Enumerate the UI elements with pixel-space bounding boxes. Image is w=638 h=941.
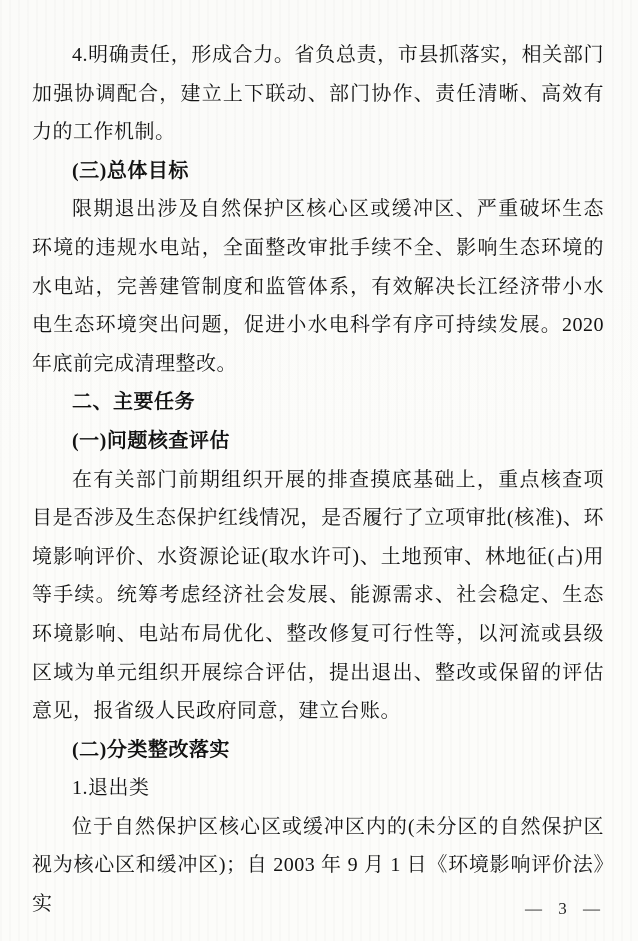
page-number: — 3 — (525, 899, 606, 919)
paragraph-main-heading: 二、主要任务 (32, 383, 604, 422)
document-body: 4.明确责任，形成合力。省负总责，市县抓落实，相关部门加强协调配合，建立上下联动… (32, 36, 604, 924)
paragraph-sub-heading: (二)分类整改落实 (32, 731, 604, 770)
paragraph-body: 在有关部门前期组织开展的排查摸底基础上，重点核查项目是否涉及生态保护红线情况，是… (32, 461, 604, 731)
paragraph-body: 位于自然保护区核心区或缓冲区内的(未分区的自然保护区视为核心区和缓冲区)；自 2… (32, 808, 604, 924)
document-page: 4.明确责任，形成合力。省负总责，市县抓落实，相关部门加强协调配合，建立上下联动… (0, 0, 638, 941)
paragraph-sub-heading: (一)问题核查评估 (32, 422, 604, 461)
paragraph-numbered-item: 1.退出类 (32, 769, 604, 808)
paragraph-body: 4.明确责任，形成合力。省负总责，市县抓落实，相关部门加强协调配合，建立上下联动… (32, 36, 604, 152)
paragraph-body: 限期退出涉及自然保护区核心区或缓冲区、严重破坏生态环境的违规水电站，全面整改审批… (32, 190, 604, 383)
paragraph-sub-heading: (三)总体目标 (32, 152, 604, 191)
